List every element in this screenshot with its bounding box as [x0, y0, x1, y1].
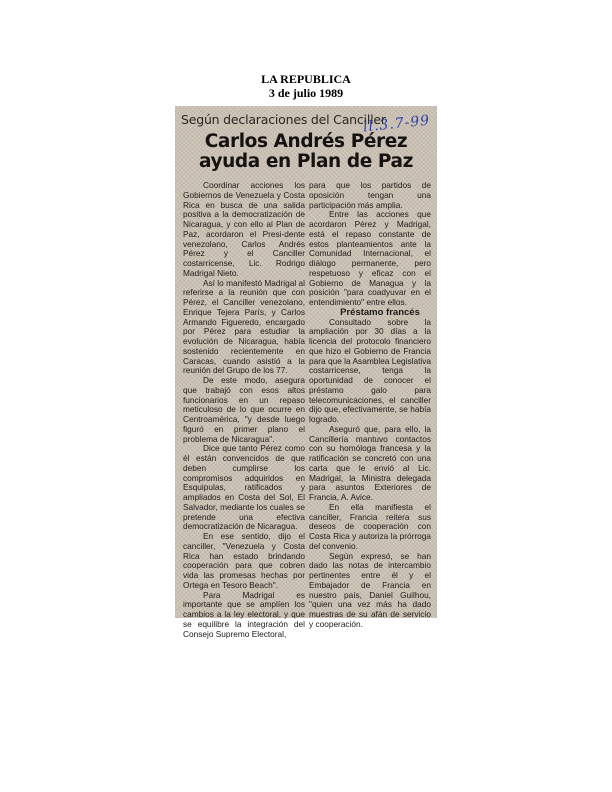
paragraph: Para Madrigal es importante que se amplí…: [183, 591, 305, 640]
paragraph: Aseguró que, para ello, la Cancillería m…: [309, 425, 431, 503]
paragraph: En ese sentido, dijo el canciller, "Vene…: [183, 532, 305, 591]
article-kicker: Según declaraciones del Canciller: [181, 112, 386, 127]
paragraph: Dice que tanto Pérez como él están conve…: [183, 444, 305, 532]
paragraph: Así lo manifestó Madrigal al referirse a…: [183, 279, 305, 377]
paragraph-continuation: para que los partidos de oposición tenga…: [309, 181, 431, 210]
paragraph: De este modo, asegura que trabajó con es…: [183, 376, 305, 444]
paragraph: En ella manifiesta el canciller, Francia…: [309, 503, 431, 552]
paragraph: Según expresó, se han dado las notas de …: [309, 552, 431, 630]
article-column-left: Coordinar acciones los Gobiernos de Vene…: [183, 181, 305, 639]
newspaper-name: LA REPUBLICA: [0, 72, 612, 86]
paragraph: Coordinar acciones los Gobiernos de Vene…: [183, 181, 305, 279]
article-headline: Carlos Andrés Pérez ayuda en Plan de Paz: [175, 132, 437, 172]
article-column-right: para que los partidos de oposición tenga…: [309, 181, 431, 630]
paragraph: Consultado sobre la ampliación por 30 dí…: [309, 318, 431, 425]
publication-date: 3 de julio 1989: [0, 86, 612, 100]
masthead: LA REPUBLICA 3 de julio 1989: [0, 72, 612, 100]
newspaper-clipping: Según declaraciones del Canciller ll.3.7…: [175, 106, 437, 618]
paragraph: Entre las acciones que acordaron Pérez y…: [309, 210, 431, 308]
